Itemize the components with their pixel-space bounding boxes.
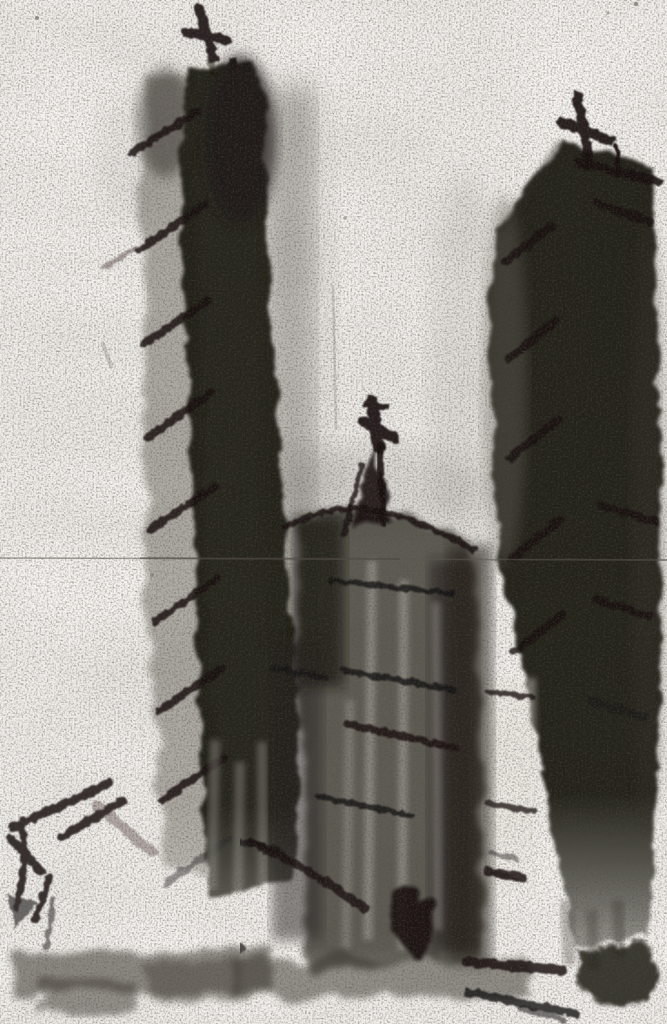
charcoal-drawing — [0, 0, 667, 1024]
artwork-canvas — [0, 0, 667, 1024]
paper-grain — [0, 0, 667, 1024]
